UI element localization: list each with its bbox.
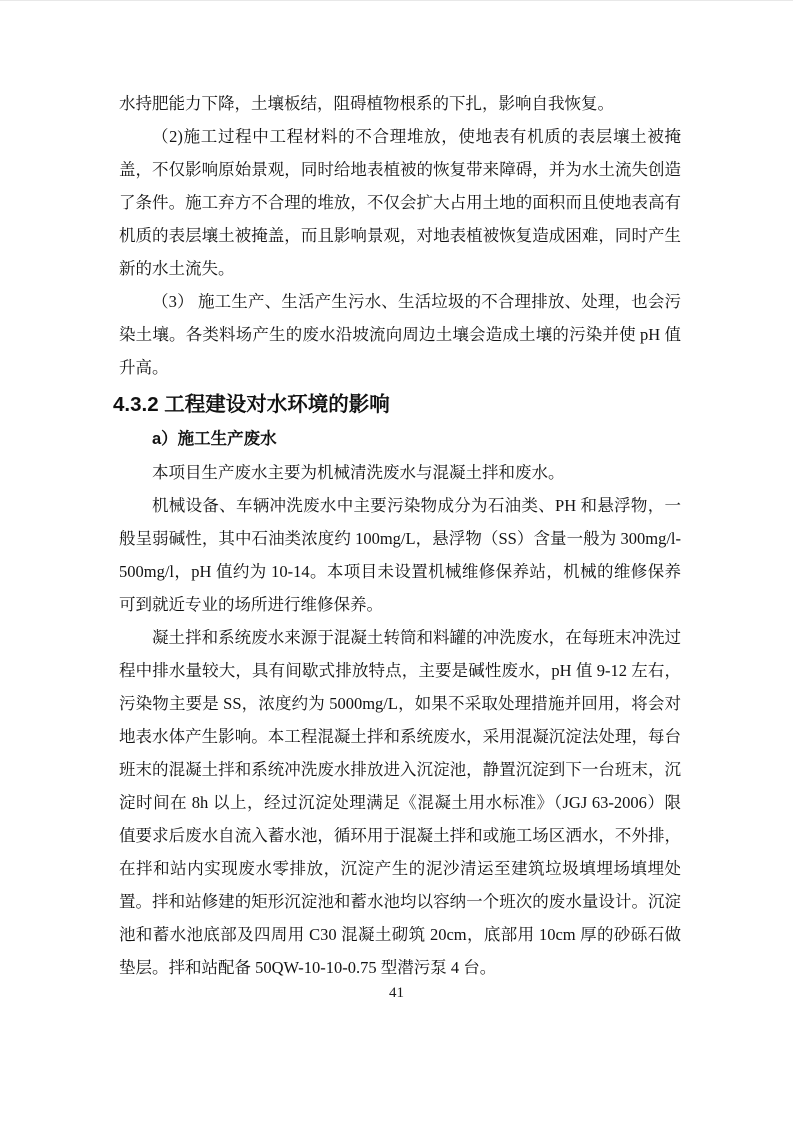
paragraph-item-2: （2)施工过程中工程材料的不合理堆放，使地表有机质的表层壤土被掩盖，不仅影响原始… (119, 120, 681, 285)
paragraph-item-3: （3） 施工生产、生活产生污水、生活垃圾的不合理排放、处理，也会污染土壤。各类料… (119, 285, 681, 384)
paragraph-machine-washing-wastewater: 机械设备、车辆冲洗废水中主要污染物成分为石油类、PH 和悬浮物，一般呈弱碱性，其… (119, 489, 681, 621)
paragraph-project-wastewater: 本项目生产废水主要为机械清洗废水与混凝土拌和废水。 (119, 456, 681, 489)
document-page: 水持肥能力下降，土壤板结，阻碍植物根系的下扎，影响自我恢复。 （2)施工过程中工… (0, 0, 793, 1122)
paragraph-concrete-mixing-wastewater: 凝土拌和系统废水来源于混凝土转筒和料罐的冲洗废水，在每班末冲洗过程中排水量较大，… (119, 621, 681, 984)
section-heading-4-3-2: 4.3.2 工程建设对水环境的影响 (113, 389, 681, 420)
document-body: 水持肥能力下降，土壤板结，阻碍植物根系的下扎，影响自我恢复。 （2)施工过程中工… (119, 87, 681, 984)
subsection-heading-a: a）施工生产废水 (119, 423, 681, 456)
page-number: 41 (0, 983, 793, 1003)
paragraph-continuation: 水持肥能力下降，土壤板结，阻碍植物根系的下扎，影响自我恢复。 (119, 87, 681, 120)
